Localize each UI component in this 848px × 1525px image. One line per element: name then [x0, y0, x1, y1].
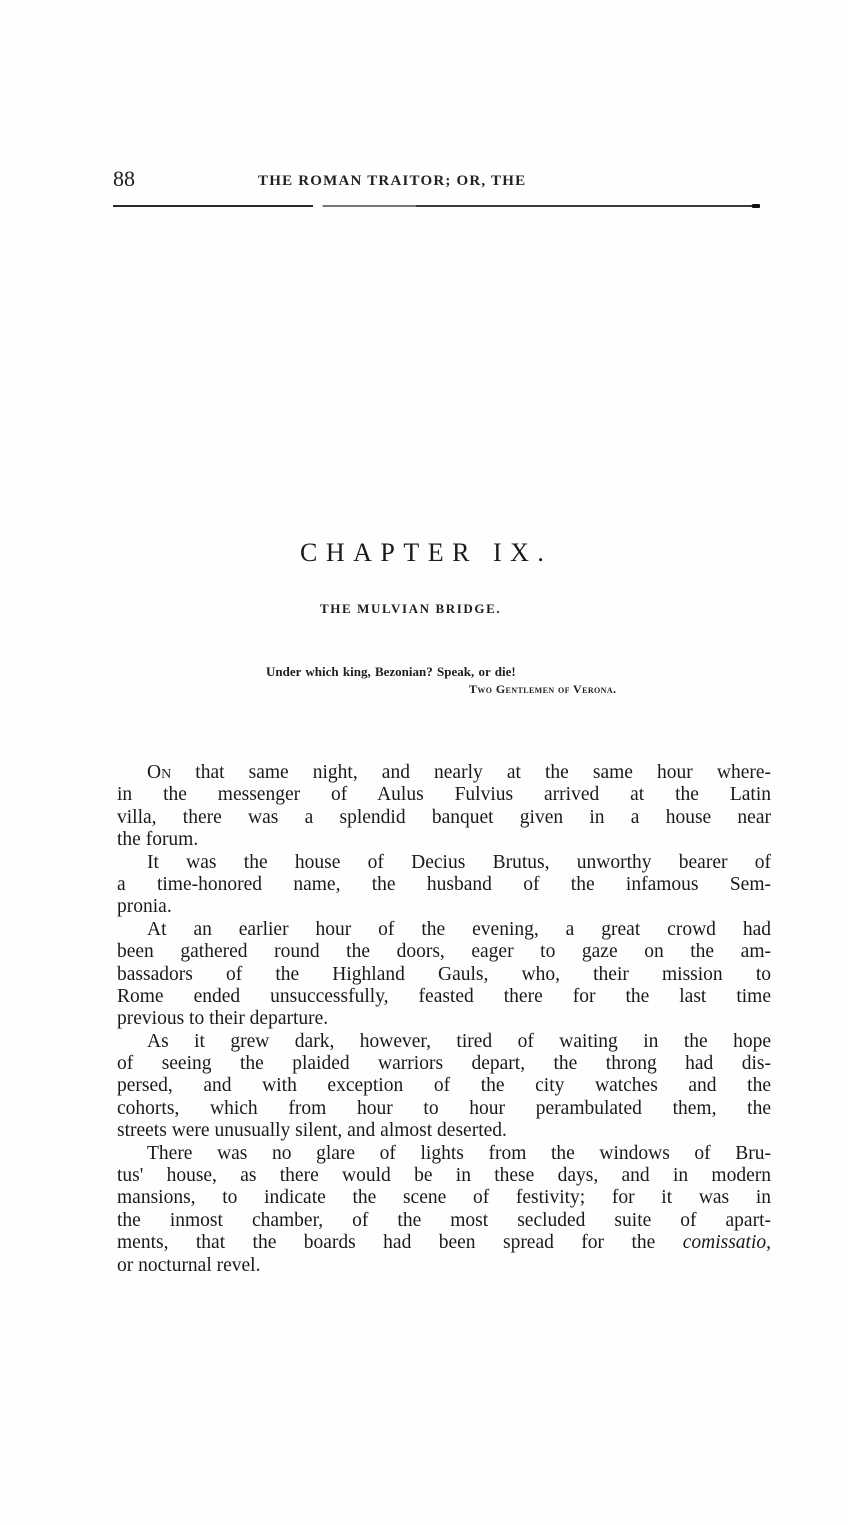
text-line: tus' house, as there would be in these d…: [117, 1165, 771, 1187]
epigraph-source: Two Gentlemen of Verona.: [469, 681, 616, 697]
book-page: 88 THE ROMAN TRAITOR; OR, THE CHAPTER IX…: [0, 0, 848, 1525]
epigraph-quote: Under which king, Bezonian? Speak, or di…: [266, 663, 516, 681]
chapter-title: CHAPTER IX.: [300, 537, 552, 569]
paragraph: It was the house of Decius Brutus, unwor…: [117, 852, 771, 919]
drop-opening-word: On: [147, 762, 171, 783]
text-line: persed, and with exception of the city w…: [117, 1075, 771, 1097]
text-line: mansions, to indicate the scene of festi…: [117, 1187, 771, 1209]
text-line: been gathered round the doors, eager to …: [117, 941, 771, 963]
text-line: in the messenger of Aulus Fulvius arrive…: [117, 784, 771, 806]
text-line: pronia.: [117, 896, 771, 918]
text-line: villa, there was a splendid banquet give…: [117, 807, 771, 829]
chapter-subtitle: THE MULVIAN BRIDGE.: [320, 600, 501, 618]
text-line: of seeing the plaided warriors depart, t…: [117, 1053, 771, 1075]
text-line: ments, that the boards had been spread f…: [117, 1232, 771, 1254]
text-line: cohorts, which from hour to hour perambu…: [117, 1098, 771, 1120]
text-line: On that same night, and nearly at the sa…: [117, 762, 771, 784]
paragraph: There was no glare of lights from the wi…: [117, 1143, 771, 1277]
text-line: or nocturnal revel.: [117, 1255, 771, 1277]
text-line: a time-honored name, the husband of the …: [117, 874, 771, 896]
paragraph: As it grew dark, however, tired of waiti…: [117, 1031, 771, 1143]
text-line: At an earlier hour of the evening, a gre…: [117, 919, 771, 941]
header-rule-divider: [113, 205, 758, 207]
running-head: 88 THE ROMAN TRAITOR; OR, THE: [113, 166, 768, 196]
text-line: the forum.: [117, 829, 771, 851]
italic-term: comissatio: [683, 1232, 766, 1253]
text-line: As it grew dark, however, tired of waiti…: [117, 1031, 771, 1053]
text-line: bassadors of the Highland Gauls, who, th…: [117, 964, 771, 986]
text-line: previous to their departure.: [117, 1008, 771, 1030]
text-line: Rome ended unsuccessfully, feasted there…: [117, 986, 771, 1008]
text-line: streets were unusually silent, and almos…: [117, 1120, 771, 1142]
text-line: There was no glare of lights from the wi…: [117, 1143, 771, 1165]
paragraph: On that same night, and nearly at the sa…: [117, 762, 771, 852]
paragraph: At an earlier hour of the evening, a gre…: [117, 919, 771, 1031]
page-number: 88: [113, 166, 135, 192]
text-line: It was the house of Decius Brutus, unwor…: [117, 852, 771, 874]
text-line: the inmost chamber, of the most secluded…: [117, 1210, 771, 1232]
body-text: On that same night, and nearly at the sa…: [117, 762, 771, 1277]
running-title: THE ROMAN TRAITOR; OR, THE: [258, 171, 526, 191]
